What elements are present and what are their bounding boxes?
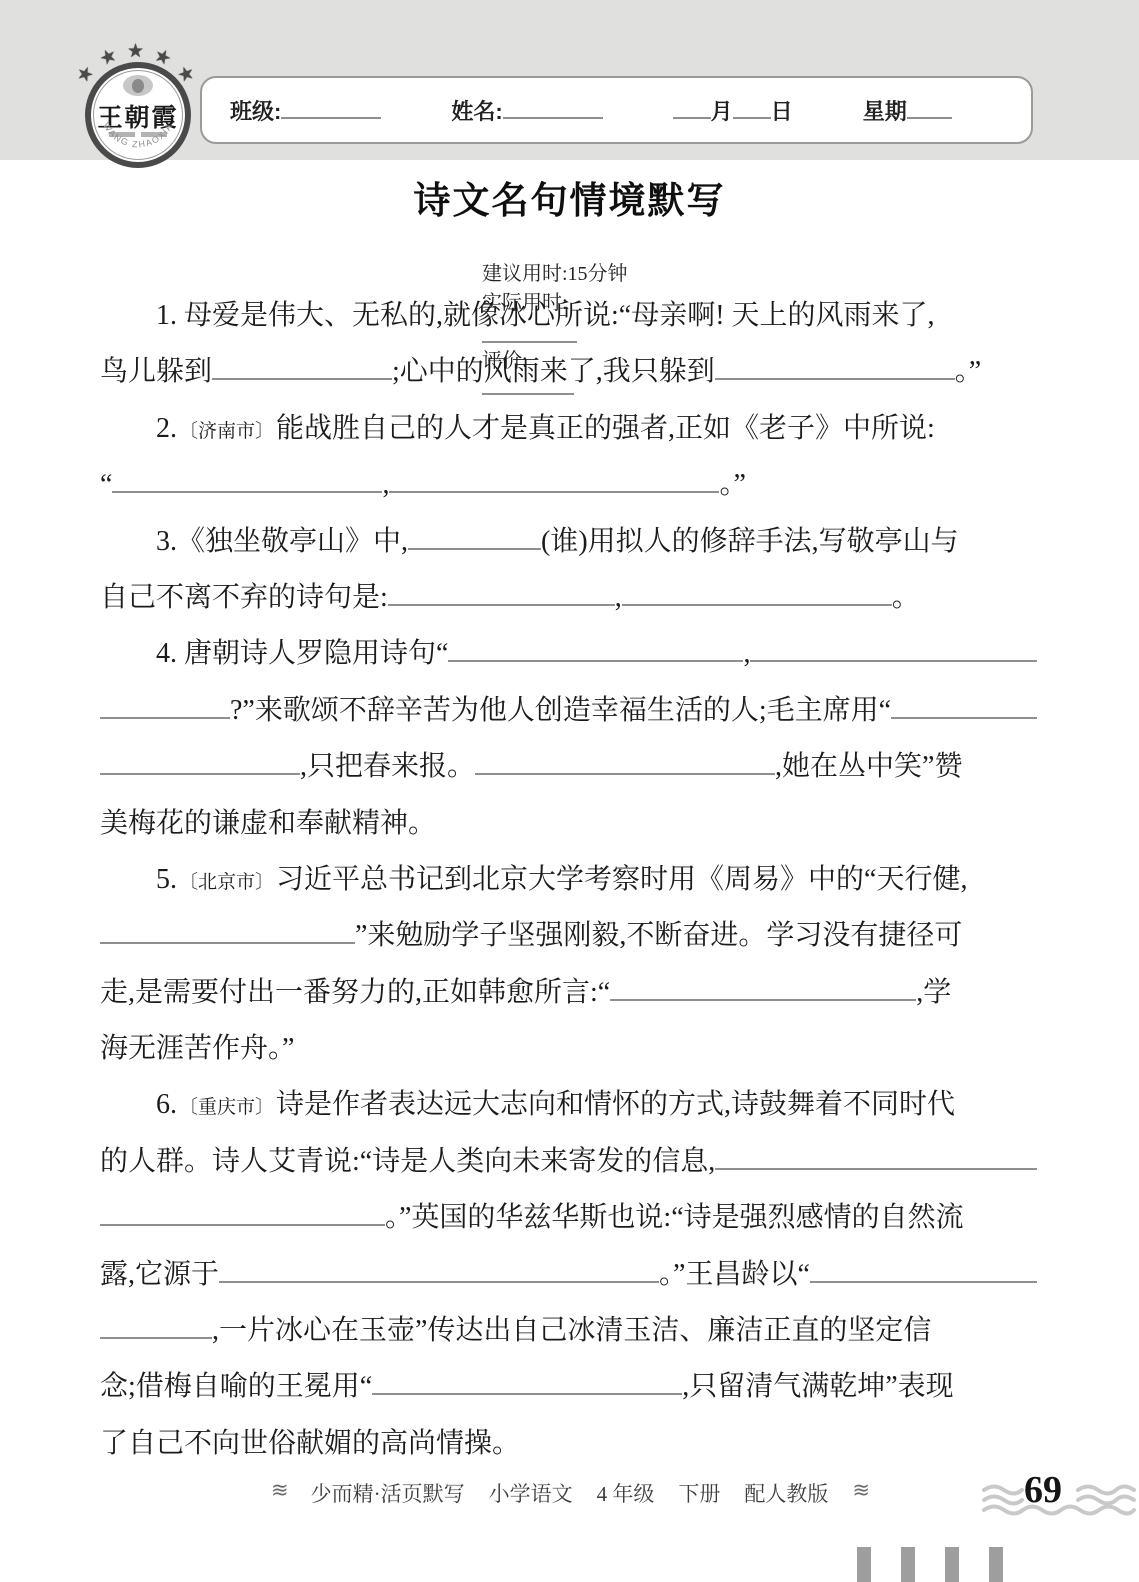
answer-blank xyxy=(212,378,392,380)
question-text: 美梅花的谦虚和奉献精神。 xyxy=(100,796,436,852)
day-blank xyxy=(733,117,771,119)
answer-blank xyxy=(219,1281,659,1283)
question-text: 习近平总书记到北京大学考察时用《周易》中的“天行健, xyxy=(276,852,967,908)
worksheet-body: 1. 母爱是伟大、无私的,就像冰心所说:“母亲啊! 天上的风雨来了,鸟儿躲到;心… xyxy=(100,288,1037,1472)
answer-blank xyxy=(715,1168,1037,1170)
worksheet-page: 王朝霞 WANG ZHAOXIA ★★★★★ 班级: 姓名: 月 日 星期 xyxy=(0,0,1139,1582)
question-text: 的人群。诗人艾青说:“诗是人类向未来寄发的信息, xyxy=(100,1134,715,1190)
footer-series: 少而精·活页默写 xyxy=(311,1478,465,1508)
question-text: ,只把春来报。 xyxy=(300,739,475,795)
question-text: 。”王昌龄以“ xyxy=(659,1247,810,1303)
text-line: 了自己不向世俗献媚的高尚情操。 xyxy=(100,1416,1037,1472)
text-line: ?”来歌颂不辞辛苦为他人创造幸福生活的人;毛主席用“ xyxy=(100,683,1037,739)
svg-text:WANG ZHAOXIA: WANG ZHAOXIA xyxy=(101,121,175,150)
question-text: ,只留清气满乾坤”表现 xyxy=(682,1359,953,1415)
week-field: 星期 xyxy=(863,95,952,126)
logo-curved-text: WANG ZHAOXIA xyxy=(91,68,185,162)
question-text: 。” xyxy=(719,457,745,513)
text-line: 鸟儿躲到;心中的风雨来了,我只躲到。” xyxy=(100,344,1037,400)
text-line: 自己不离不弃的诗句是:,。 xyxy=(100,570,1037,626)
date-field: 月 日 xyxy=(673,95,793,126)
name-blank xyxy=(503,117,603,119)
text-line: 走,是需要付出一番努力的,正如韩愈所言:“,学 xyxy=(100,965,1037,1021)
week-label: 星期 xyxy=(863,95,907,126)
star-icon: ★ xyxy=(127,42,144,61)
answer-blank xyxy=(448,660,743,662)
wave-icon: ≋ xyxy=(271,1478,287,1508)
question-text: , xyxy=(382,457,389,513)
question-text: ”来勉励学子坚强刚毅,不断奋进。学习没有捷径可 xyxy=(355,908,962,964)
question-text: 3.《独坐敬亭山》中, xyxy=(100,514,408,570)
question-text: 。”英国的华兹华斯也说:“诗是强烈感情的自然流 xyxy=(385,1190,964,1246)
text-line: 念;借梅自喻的王冕用“,只留清气满乾坤”表现 xyxy=(100,1359,1037,1415)
answer-blank xyxy=(810,1281,1037,1283)
question-text: 自己不离不弃的诗句是: xyxy=(100,570,388,626)
answer-blank xyxy=(100,773,300,775)
answer-blank xyxy=(100,1224,385,1226)
answer-blank xyxy=(100,942,355,944)
answer-blank xyxy=(408,548,541,550)
text-line: 海无涯苦作舟。” xyxy=(100,1021,1037,1077)
question-text: , xyxy=(615,570,622,626)
binding-bar xyxy=(857,1547,871,1582)
question-text: 6. xyxy=(100,1077,177,1133)
answer-blank xyxy=(750,660,1037,662)
question-text: 露,它源于 xyxy=(100,1247,219,1303)
question-text: 。 xyxy=(892,570,920,626)
question-text: 能战胜自己的人才是真正的强者,正如《老子》中所说: xyxy=(276,401,935,457)
text-line: 4. 唐朝诗人罗隐用诗句“, xyxy=(100,626,1037,682)
month-blank xyxy=(673,117,711,119)
text-line: 露,它源于。”王昌龄以“ xyxy=(100,1247,1037,1303)
page-number: 69 xyxy=(1024,1468,1062,1512)
answer-blank xyxy=(475,773,775,775)
question-text: 海无涯苦作舟。” xyxy=(100,1021,294,1077)
name-label: 姓名: xyxy=(451,95,502,126)
source-city-tag: 〔济南市〕 xyxy=(177,404,276,460)
text-line: ”来勉励学子坚强刚毅,不断奋进。学习没有捷径可 xyxy=(100,908,1037,964)
week-blank xyxy=(907,117,952,119)
question-text: “ xyxy=(100,457,112,513)
question-text: , xyxy=(743,626,750,682)
answer-blank xyxy=(622,604,892,606)
wave-icon: ≋ xyxy=(852,1478,868,1508)
text-line: “,。” xyxy=(100,457,1037,513)
question-text: 鸟儿躲到 xyxy=(100,344,212,400)
footer-grade: 4 年级 xyxy=(597,1478,655,1508)
answer-blank xyxy=(100,1337,212,1339)
suggested-time-label: 建议用时:15分钟 xyxy=(482,263,628,285)
text-line: ,一片冰心在玉壶”传达出自己冰清玉洁、廉洁正直的坚定信 xyxy=(100,1303,1037,1359)
question-text: ;心中的风雨来了,我只躲到 xyxy=(392,344,715,400)
answer-blank xyxy=(389,491,719,493)
footer-edition: 配人教版 xyxy=(744,1478,828,1508)
question-text: 走,是需要付出一番努力的,正如韩愈所言:“ xyxy=(100,965,610,1021)
question-text: 5. xyxy=(100,852,177,908)
footer-subject: 小学语文 xyxy=(489,1478,573,1508)
text-line: 2.〔济南市〕能战胜自己的人才是真正的强者,正如《老子》中所说: xyxy=(100,401,1037,457)
source-city-tag: 〔重庆市〕 xyxy=(177,1080,276,1136)
question-text: ,学 xyxy=(916,965,951,1021)
answer-blank xyxy=(112,491,382,493)
page-title: 诗文名句情境默写 xyxy=(0,170,1139,224)
binding-bar xyxy=(945,1547,959,1582)
class-label: 班级: xyxy=(230,95,281,126)
footer-volume: 下册 xyxy=(678,1478,720,1508)
text-line: 5.〔北京市〕习近平总书记到北京大学考察时用《周易》中的“天行健, xyxy=(100,852,1037,908)
answer-blank xyxy=(715,378,955,380)
class-blank xyxy=(281,117,381,119)
question-text: (谁)用拟人的修辞手法,写敬亭山与 xyxy=(541,514,959,570)
text-line: 1. 母爱是伟大、无私的,就像冰心所说:“母亲啊! 天上的风雨来了, xyxy=(100,288,1037,344)
text-line: 美梅花的谦虚和奉献精神。 xyxy=(100,796,1037,852)
month-label: 月 xyxy=(711,95,733,126)
question-text: ,她在丛中笑”赞 xyxy=(775,739,962,795)
text-line: 6.〔重庆市〕诗是作者表达远大志向和情怀的方式,诗鼓舞着不同时代 xyxy=(100,1077,1037,1133)
question-text: 2. xyxy=(100,401,177,457)
answer-blank xyxy=(100,717,230,719)
student-info-box: 班级: 姓名: 月 日 星期 xyxy=(200,76,1033,144)
text-line: 的人群。诗人艾青说:“诗是人类向未来寄发的信息, xyxy=(100,1134,1037,1190)
answer-blank xyxy=(891,717,1037,719)
binding-bar xyxy=(989,1547,1003,1582)
answer-blank xyxy=(388,604,615,606)
text-line: ,只把春来报。,她在丛中笑”赞 xyxy=(100,739,1037,795)
day-label: 日 xyxy=(771,95,793,126)
name-field: 姓名: xyxy=(451,95,602,126)
answer-blank xyxy=(372,1393,682,1395)
question-text: 了自己不向世俗献媚的高尚情操。 xyxy=(100,1416,520,1472)
source-city-tag: 〔北京市〕 xyxy=(177,855,276,911)
answer-blank xyxy=(610,999,916,1001)
question-text: 4. 唐朝诗人罗隐用诗句“ xyxy=(100,626,448,682)
question-text: ,一片冰心在玉壶”传达出自己冰清玉洁、廉洁正直的坚定信 xyxy=(212,1303,931,1359)
question-text: 1. 母爱是伟大、无私的,就像冰心所说:“母亲啊! 天上的风雨来了, xyxy=(100,288,935,344)
text-line: 3.《独坐敬亭山》中,(谁)用拟人的修辞手法,写敬亭山与 xyxy=(100,514,1037,570)
text-line: 。”英国的华兹华斯也说:“诗是强烈感情的自然流 xyxy=(100,1190,1037,1246)
question-text: 诗是作者表达远大志向和情怀的方式,诗鼓舞着不同时代 xyxy=(276,1077,955,1133)
question-text: ?”来歌颂不辞辛苦为他人创造幸福生活的人;毛主席用“ xyxy=(230,683,891,739)
class-field: 班级: xyxy=(230,95,381,126)
page-number-zone: 69 xyxy=(948,1474,1139,1526)
question-text: 。” xyxy=(955,344,981,400)
binding-bar xyxy=(901,1547,915,1582)
question-text: 念;借梅自喻的王冕用“ xyxy=(100,1359,372,1415)
